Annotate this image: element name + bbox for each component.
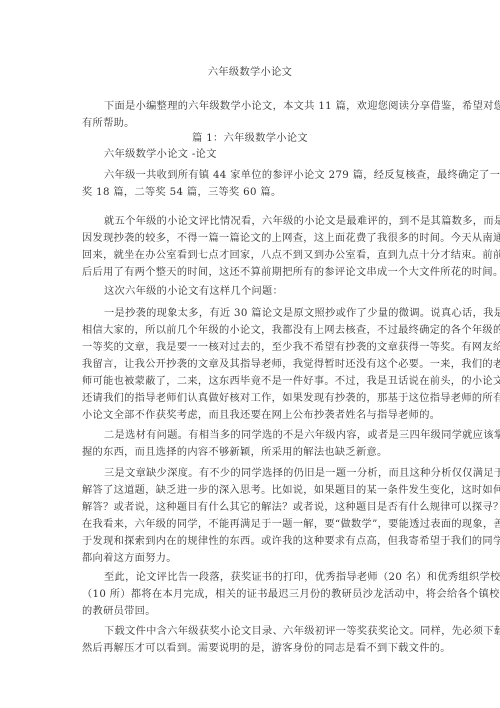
paragraph-line: 还请我们的指导老师们认真做好核对工作，如果发现有抄袭的，那基于这位指导老师的所有 <box>82 390 500 408</box>
paragraph-line: 这次六年级的小论文有这样几个问题： <box>104 283 283 301</box>
paragraph-line: 都向着这方面努力。 <box>82 550 177 568</box>
paragraph-line: 三是文章缺少深度。有不少的同学选择的仍旧是一题一分析，而且这种分析仅仅满足于 <box>104 465 500 483</box>
paragraph-line: 然后再解压才可以看到。需要说明的是，游客身份的同志是看不到下载文件的。 <box>82 640 451 658</box>
section-heading: 篇 1：六年级数学小论文 <box>0 130 500 148</box>
paragraph-line: 后后用了有两个整天的时间，这还不算前期把所有的参评论文串成一个大文件所花的时间。 <box>82 264 500 282</box>
paragraph-line: 在我看来，六年级的同学，不能再满足于一题一解，要“做数学”，要能透过表面的现象，… <box>82 516 500 534</box>
paragraph-line: 相信大家的，所以前几个年级的小论文，我都没有上网去核查，不过最终确定的各个年级的 <box>82 322 500 340</box>
paragraph-line: 小论文全部不作获奖考虑，而且我还要在网上公布抄袭者姓名与指导老师的。 <box>82 407 440 425</box>
paragraph-line: 握的东西，而且选择的内容不够新颖，所采用的解法也缺乏新意。 <box>82 444 388 462</box>
paragraph-line: 师可能也被蒙蔽了，二来，这东西毕竟不是一件好事。不过，我是丑话说在前头，的小论文… <box>82 373 500 391</box>
paragraph-line: 六年级一共收到所有镇 44 家单位的参评小论文 279 篇，经反复核查，最终确定… <box>104 167 500 185</box>
paragraph-line: 二是选材有问题。有相当多的同学选的不是六年级内容，或者是三四年级同学就应该掌 <box>104 427 500 445</box>
paragraph-line: 至此，论文评比告一段落，获奖证书的打印，优秀指导老师（20 名）和优秀组织学校 <box>104 569 500 587</box>
subheading: 六年级数学小论文 -论文 <box>104 146 217 164</box>
paragraph-line: （10 所）都将在本月完成，相关的证书最迟三月份的教研员沙龙活动中，将会给各个镇… <box>82 586 500 604</box>
paragraph-line: 解答？或者说，这种题目有什么其它的解法？或者说，这种题目是否有什么规律可以探寻？ <box>82 499 500 517</box>
paragraph-line: 回来，就坐在办公室看到七点才回家，八点不到又到办公室看，直到九点十分才结束。前前 <box>82 247 500 265</box>
intro-line: 下面是小编整理的六年级数学小论文，本文共 11 篇，欢迎您阅读分享借鉴，希望对您 <box>104 98 500 116</box>
paragraph-line: 奖 18 篇，二等奖 54 篇，三等奖 60 篇。 <box>82 184 282 202</box>
paragraph-line: 就五个年级的小论文评比情况看，六年级的小论文是最难评的，到不是其篇数多，而是 <box>104 213 500 231</box>
paragraph-line: 解答了这道题，缺乏进一步的深入思考。比如说，如果题目的某一条件发生变化，这时如何 <box>82 482 500 500</box>
paragraph-line: 的教研员带回。 <box>82 603 156 621</box>
paragraph-line: 一是抄袭的现象太多，有近 30 篇论文是原文照抄或作了少量的微调。说真心话，我是 <box>104 305 500 323</box>
paragraph-line: 于发现和探索到内在的规律性的东西。或许我的这种要求有点高，但我寄希望于我们的同学 <box>82 533 500 551</box>
paragraph-line: 因发现抄袭的较多，不得一篇一篇论文的上网查，这上面花费了我很多的时间。今天从南通 <box>82 230 500 248</box>
document-title: 六年级数学小论文 <box>0 64 500 82</box>
paragraph-line: 我留言，让我公开抄袭的文章及其指导老师，我觉得暂时还没有这个必要。一来，我们的老 <box>82 356 500 374</box>
document-page: 六年级数学小论文 下面是小编整理的六年级数学小论文，本文共 11 篇，欢迎您阅读… <box>0 0 500 708</box>
paragraph-line: 一等奖的文章，我是要一一核对过去的，至少我不希望有抄袭的文章获得一等奖。有网友给 <box>82 339 500 357</box>
paragraph-line: 下载文件中含六年级获奖小论文目录、六年级初评一等奖获奖论文。同样，先必须下载， <box>104 623 500 641</box>
